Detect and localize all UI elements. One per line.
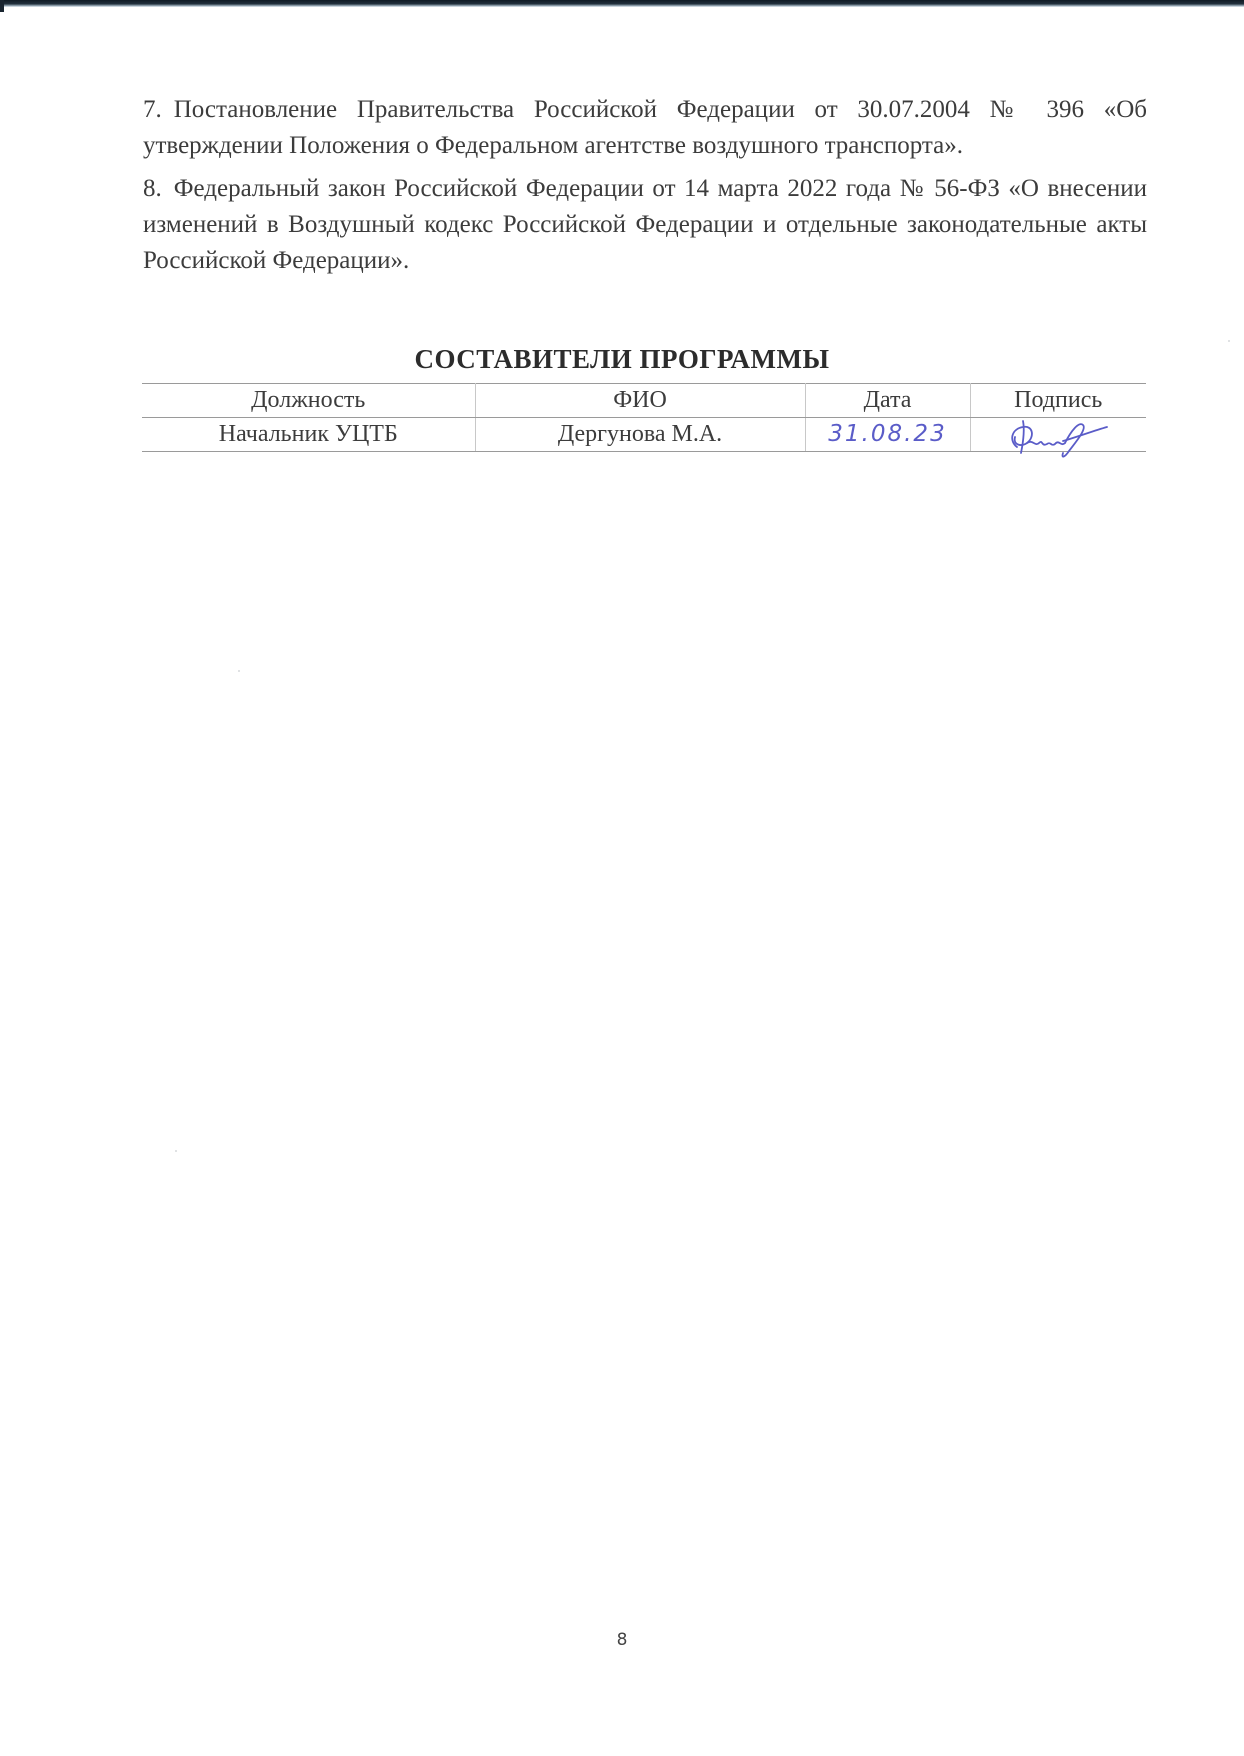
column-header-name: ФИО: [475, 384, 805, 418]
scan-speck: [238, 670, 240, 672]
signature-icon: [1003, 417, 1113, 461]
table-header-row: Должность ФИО Дата Подпись: [142, 384, 1146, 418]
cell-name: Дергунова М.А.: [475, 418, 805, 452]
column-header-signature: Подпись: [970, 384, 1146, 418]
scan-edge-top: [0, 0, 1244, 7]
authors-section-title: СОСТАВИТЕЛИ ПРОГРАММЫ: [0, 344, 1244, 375]
reference-item-8: 8.Федеральный закон Российской Федерации…: [143, 171, 1147, 279]
reference-item-7: 7.Постановление Правительства Российской…: [143, 92, 1147, 164]
cell-date: 31.08.23: [805, 418, 970, 452]
handwritten-date: 31.08.23: [828, 421, 946, 447]
reference-number: 7.: [143, 96, 162, 123]
scan-speck: [1228, 340, 1230, 342]
reference-text: Федеральный закон Российской Федерации о…: [143, 175, 1147, 274]
page-number: 8: [0, 1630, 1244, 1650]
reference-text: Постановление Правительства Российской Ф…: [143, 96, 1147, 159]
authors-table: Должность ФИО Дата Подпись Начальник УЦТ…: [142, 383, 1146, 452]
references-list: 7.Постановление Правительства Российской…: [143, 92, 1147, 286]
cell-position: Начальник УЦТБ: [142, 418, 475, 452]
column-header-date: Дата: [805, 384, 970, 418]
column-header-position: Должность: [142, 384, 475, 418]
reference-number: 8.: [143, 175, 162, 202]
scan-speck: [175, 1150, 177, 1152]
cell-signature: [970, 418, 1146, 452]
scan-edge-corner: [0, 0, 4, 12]
table-row: Начальник УЦТБ Дергунова М.А. 31.08.23: [142, 418, 1146, 452]
